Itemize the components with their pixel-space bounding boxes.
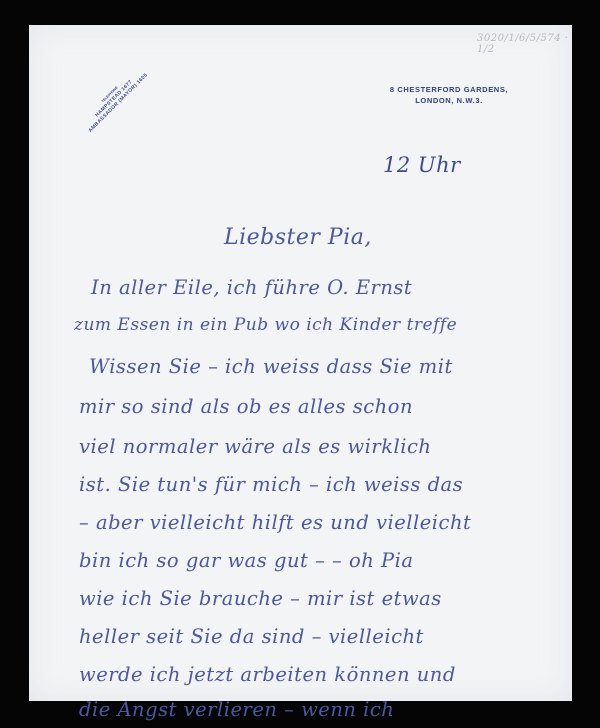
letter-line: werde ich jetzt arbeiten können und: [79, 663, 456, 686]
telephone-line-1: HAMPSTEAD 1677: [83, 68, 145, 130]
letter-page: 3020/1/6/5/574 · 1/2 8 CHESTERFORD GARDE…: [29, 25, 572, 701]
salutation: Liebster Pia,: [224, 225, 372, 250]
address-line-2: LONDON, N.W.3.: [369, 95, 529, 106]
letter-line: Wissen Sie – ich weiss dass Sie mit: [89, 355, 453, 378]
letter-line: zum Essen in ein Pub wo ich Kinder treff…: [74, 315, 457, 335]
address-line-1: 8 CHESTERFORD GARDENS,: [369, 84, 529, 95]
letter-line: bin ich so gar was gut – – oh Pia: [79, 549, 413, 572]
letter-line: die Angst verlieren – wenn ich: [79, 698, 394, 721]
letterhead-telephone: TELEPHONE HAMPSTEAD 1677 AMBASSADOR (MAY…: [79, 64, 149, 134]
letterhead-address: 8 CHESTERFORD GARDENS, LONDON, N.W.3.: [369, 84, 529, 106]
letter-line: ist. Sie tun's für mich – ich weiss das: [79, 473, 463, 496]
archive-reference: 3020/1/6/5/574 · 1/2: [477, 33, 572, 55]
handwritten-date: 12 Uhr: [383, 153, 461, 177]
letter-line: wie ich Sie brauche – mir ist etwas: [79, 587, 442, 610]
letter-line: viel normaler wäre als es wirklich: [79, 435, 431, 458]
letter-line: In aller Eile, ich führe O. Ernst: [91, 276, 412, 299]
letter-line: mir so sind als ob es alles schon: [79, 395, 413, 418]
telephone-label: TELEPHONE: [79, 64, 141, 126]
letter-line: heller seit Sie da sind – vielleicht: [79, 625, 424, 648]
letter-line: – aber vielleicht hilft es und vielleich…: [79, 511, 471, 534]
